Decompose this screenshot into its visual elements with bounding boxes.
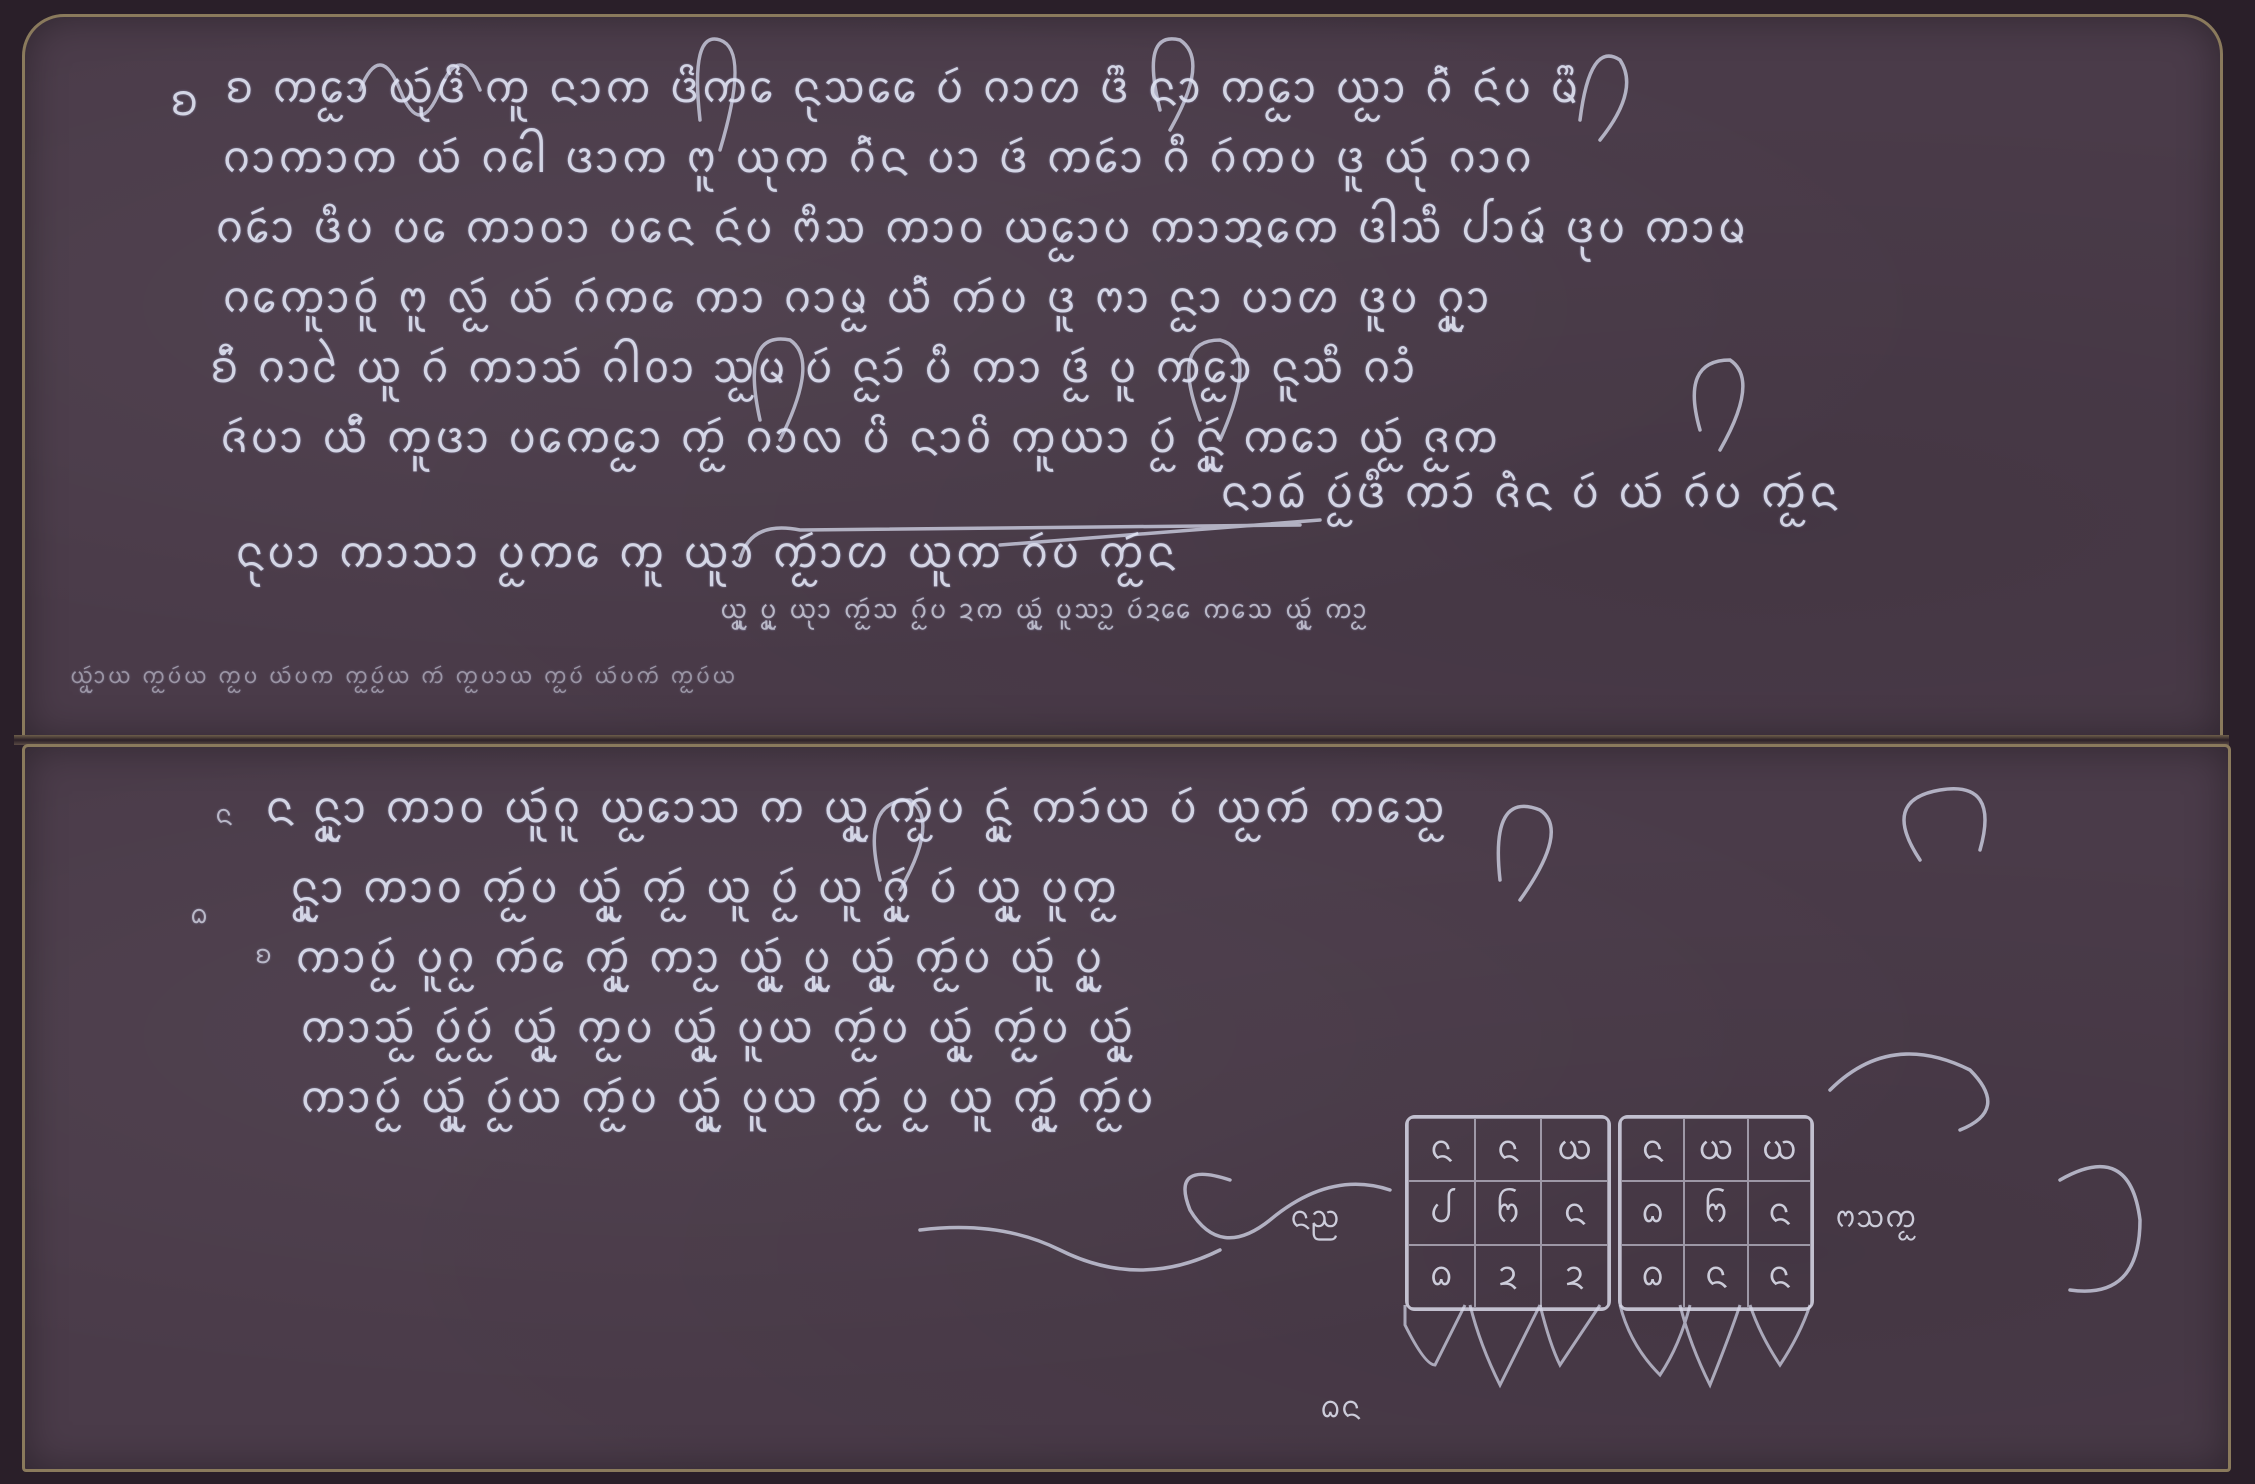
script-line-9: ᨿᩩᩬᩪ ᨷᩪᩬ ᨿᩩᩣ ᨠᩬᩢᩈ ᨣᩬᩢᨷ ᨯᨠ ᨿᩬᩪᩢ ᨷᩪᩈᩣᩬ ᨷᩢᨯ… — [720, 590, 1369, 632]
grid-cell: ᨸ — [1408, 1181, 1475, 1244]
script-line-7: ᨶᩣᨵᩢ ᨷᩬᩢᨴᩥ ᨠᩣᩢ ᨩᩫᨶ ᨷᩢ ᨿᩢ ᨣᩢᨷ ᨠᩬᩢᨶ — [1220, 460, 1840, 530]
grid-cell: ᨶ — [1748, 1181, 1811, 1244]
grid-label-bottom: ᨵᨶ — [1320, 1385, 1361, 1433]
script-line-13: ᨠᩣᨷᩢᩬ ᨷᩪᨣᩬ ᨠᩢᩮ ᨠᩪᩬᩢ ᨠᩣᩬ ᨿᩪᩬᩢ ᨷᩪᩬ ᨿᩪᩬᩢ ᨠᩬ… — [295, 925, 1105, 995]
script-line-11: ᨶ ᨶᩪᩬᩣ ᨠᩣᩅ ᨿᩪᩢᨣᩪ ᨿᩬᩮᩣᩈ ᨠ ᨿᩪᩬ ᨠᩬᩢᨷ ᨶᩬᩪᩢ ᨠ… — [265, 775, 1447, 845]
grid-cell: ᨶ — [1684, 1245, 1747, 1308]
grid-cell: ᨿ — [1541, 1118, 1608, 1181]
margin-mark-3: ᨧ — [255, 935, 274, 977]
script-line-1: ᨧ ᨠᩮᩬᩣ ᨿᩩᩢᨴᩦ ᨠᩪ ᨶᩣᨠ ᨴᩦᨠᩮ ᨶᩩᩈᩯ ᨷᩢ ᨣᩣᩉ ᨴᩨ … — [225, 55, 1581, 125]
numeral-grid-right: ᨶ ᨿ ᨿ ᨵ ᨼ ᨶ ᨵ ᨶ ᨶ — [1618, 1115, 1814, 1311]
numeral-grid-left: ᨶ ᨶ ᨿ ᨸ ᨼ ᨶ ᨵ ᨯ ᨯ — [1405, 1115, 1611, 1311]
grid-cell: ᨶ — [1541, 1181, 1608, 1244]
script-line-3: ᨣᩮᩢᩣ ᨴᩥᨷ ᨷᩮ ᨠᩣᩅᩣ ᨷᩮᨶ ᨶᩢᨷ ᨻᩥᩈ ᨠᩣᩅ ᨿᩮᩬᩣᨷ ᨠ… — [215, 195, 1748, 265]
grid-cell: ᨵ — [1408, 1245, 1475, 1308]
script-line-2: ᨣᩣᨠᩣᨠ ᨿᩢ ᨣᩮᩤ ᨴᩣᨠ ᨻᩪ ᨿᩩᨠ ᨣᩫᩢᨶ ᨷᩣ ᨴᩢ ᨠᩮᩢᩣ … — [222, 125, 1535, 195]
margin-mark-1: ᨶ — [215, 795, 234, 837]
grid-cell: ᨯ — [1475, 1245, 1542, 1308]
grid-cell: ᨶ — [1748, 1245, 1811, 1308]
grid-cell: ᨵ — [1621, 1245, 1684, 1308]
grid-cell: ᨿ — [1748, 1118, 1811, 1181]
grid-cell: ᨼ — [1475, 1181, 1542, 1244]
script-line-10: ᨿᩩᩬᩢᩣᨿ ᨠᩬᨷᩢᨿ ᨠᩬᨷ ᨿᩢᨷᨠ ᨠᩬᨷᩢᩬᨿ ᨠᩢ ᨠᩬᨷᩣᨿ ᨠᩬ… — [70, 660, 737, 695]
grid-cell: ᨵ — [1621, 1181, 1684, 1244]
grid-label-left: ᨶᨬ — [1290, 1195, 1340, 1243]
grid-cell: ᨶ — [1475, 1118, 1542, 1181]
grid-cell: ᨶ — [1408, 1118, 1475, 1181]
script-line-14: ᨠᩣᩈᩬᩢ ᨷᩬᩢᨷᩬᩢ ᨿᩪᩬᩢ ᨠᩬᨷ ᨿᩪᩬᩢ ᨷᩪᨿ ᨠᩬᩢᨷ ᨿᩪᩬᩢ… — [300, 995, 1136, 1065]
grid-label-right: ᨻᩈᨠᩬ — [1835, 1195, 1917, 1243]
script-line-15: ᨠᩣᨷᩬᩢ ᨿᩪᩬᩢ ᨷᩬᩢᨿ ᨠᩬᩢᨷ ᨿᩪᩬᩢ ᨷᩪᨿ ᨠᩬᩢ ᨷᩬ ᨿᩪ … — [300, 1065, 1156, 1135]
script-line-4: ᨣᩮᨠᩪᩣᩅᩪᩢ ᨻᩪ ᩃᩬᩢ ᨿᩢ ᨣᩢᨠᩮ ᨠᩣ ᨣᩣᨾᩬ ᨿᩫᩢ ᨠᩢᨷ … — [222, 265, 1492, 335]
script-line-12: ᨶᩪᩬᩣ ᨠᩣᩅ ᨠᩬᩢᨷ ᨿᩪᩬᩢ ᨠᩬᩢ ᨿᩪ ᨷᩢᩬ ᨿᩪ ᨣᩢᩪᩬ ᨷᩢ… — [290, 855, 1120, 925]
grid-cell: ᨶ — [1621, 1118, 1684, 1181]
grid-cell: ᨼ — [1684, 1181, 1747, 1244]
margin-mark-2: ᨵ — [190, 895, 210, 937]
script-line-5: ᨧᩥᩢ ᨣᩣᩱ ᨿᩪ ᨣᩢ ᨠᩣᩈᩢ ᨣᩤᩅᩣ ᩈᩬᨾ ᨷᩢ ᨶᩬᩣᩢ ᨷᩥ ᨠ… — [210, 335, 1418, 405]
script-line-8: ᨶᩩᨷᩣ ᨠᩣᩈᩣ ᨷᩬᨠᩮ ᨠᩪ ᨿᩪᩣ ᨠᩢᩬᩣᩉ ᨿᩪᨠ ᨣᩢᨷ ᨠᩬᩢᨶ — [235, 520, 1178, 590]
grid-cell: ᨿ — [1684, 1118, 1747, 1181]
corner-mark: ᨧ — [170, 68, 201, 138]
grid-cell: ᨯ — [1541, 1245, 1608, 1308]
